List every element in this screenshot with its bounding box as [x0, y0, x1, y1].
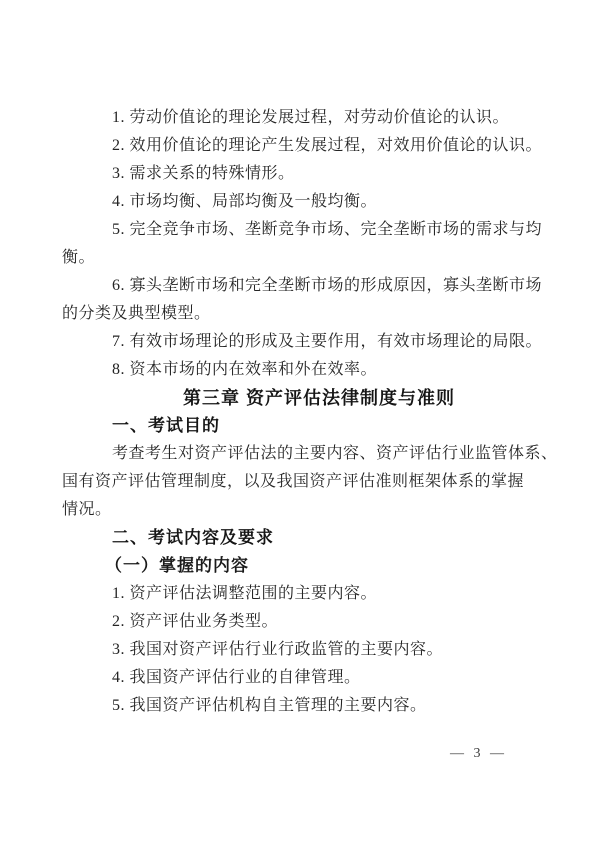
ch2-item-1: 1. 劳动价值论的理论发展过程，对劳动价值论的认识。 — [62, 104, 524, 132]
ch2-item-8: 8. 资本市场的内在效率和外在效率。 — [62, 356, 524, 384]
ch2-item-5-line-2: 衡。 — [62, 244, 524, 272]
exam-purpose-para-line-2: 国有资产评估管理制度，以及我国资产评估准则框架体系的掌握 — [62, 468, 524, 496]
ch3-item-1: 1. 资产评估法调整范围的主要内容。 — [62, 580, 524, 608]
page-number: — 3 — — [450, 742, 507, 766]
chapter-3-heading: 第三章 资产评估法律制度与准则 — [62, 384, 524, 412]
ch3-item-4: 4. 我国资产评估行业的自律管理。 — [62, 664, 524, 692]
section-heading-exam-content: 二、考试内容及要求 — [62, 524, 524, 552]
exam-purpose-para-line-3: 情况。 — [62, 496, 524, 524]
ch2-item-6-line-2: 的分类及典型模型。 — [62, 300, 524, 328]
document-page: 1. 劳动价值论的理论发展过程，对劳动价值论的认识。 2. 效用价值论的理论产生… — [0, 0, 595, 841]
document-text-block: 1. 劳动价值论的理论发展过程，对劳动价值论的认识。 2. 效用价值论的理论产生… — [62, 104, 524, 720]
ch3-item-2: 2. 资产评估业务类型。 — [62, 608, 524, 636]
ch2-item-7: 7. 有效市场理论的形成及主要作用，有效市场理论的局限。 — [62, 328, 524, 356]
ch2-item-2: 2. 效用价值论的理论产生发展过程，对效用价值论的认识。 — [62, 132, 524, 160]
ch2-item-6-line-1: 6. 寡头垄断市场和完全垄断市场的形成原因，寡头垄断市场 — [62, 272, 524, 300]
ch2-item-3: 3. 需求关系的特殊情形。 — [62, 160, 524, 188]
ch2-item-4: 4. 市场均衡、局部均衡及一般均衡。 — [62, 188, 524, 216]
subsection-heading-mastery: （一）掌握的内容 — [62, 552, 524, 580]
exam-purpose-para-line-1: 考查考生对资产评估法的主要内容、资产评估行业监管体系、 — [62, 440, 524, 468]
ch3-item-5: 5. 我国资产评估机构自主管理的主要内容。 — [62, 692, 524, 720]
ch2-item-5-line-1: 5. 完全竞争市场、垄断竞争市场、完全垄断市场的需求与均 — [62, 216, 524, 244]
ch3-item-3: 3. 我国对资产评估行业行政监管的主要内容。 — [62, 636, 524, 664]
section-heading-exam-purpose: 一、考试目的 — [62, 412, 524, 440]
